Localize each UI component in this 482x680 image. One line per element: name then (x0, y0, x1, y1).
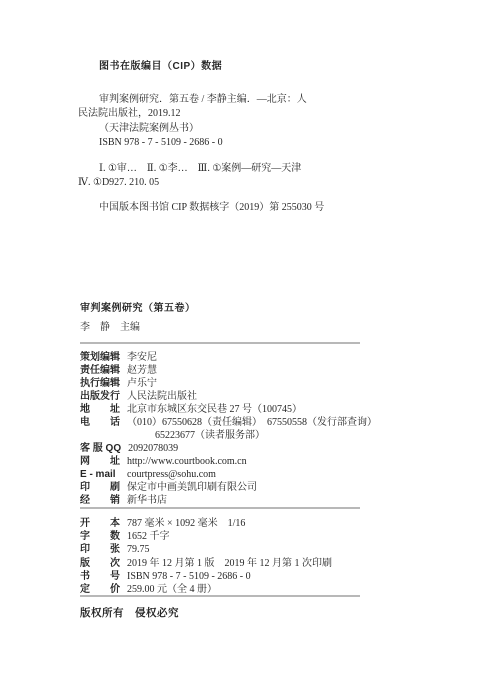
printing-info: 开 本 787 毫米 × 1092 毫米 1/16 字 数 1652 千字 印 … (80, 517, 332, 596)
info-row-value: 李安尼 (127, 351, 157, 364)
cip-line: ISBN 978 - 7 - 5109 - 2686 - 0 (78, 136, 448, 151)
cip-record-number: 中国版本图书馆 CIP 数据核字（2019）第 255030 号 (78, 201, 448, 216)
info-row-value: 2092078039 (128, 442, 178, 455)
cip-line: （天津法院案例丛书） (78, 122, 448, 137)
cip-section: 图书在版编目（CIP）数据 审判案例研究．第五卷 / 李静主编．—北京：人 民法… (78, 60, 448, 215)
info-row-label: E - mail (80, 468, 120, 481)
book-copyright-page: 图书在版编目（CIP）数据 审判案例研究．第五卷 / 李静主编．—北京：人 民法… (0, 0, 482, 680)
info-row-label: 电 话 (80, 416, 120, 429)
info-row: 网 址 http://www.courtbook.com.cn (80, 455, 377, 468)
info-row-label (80, 429, 120, 442)
info-row-label: 印 张 (80, 543, 120, 556)
info-row-value: 卢乐宁 (127, 377, 157, 390)
info-row: 策划编辑 李安尼 (80, 351, 377, 364)
info-row-value: 北京市东城区东交民巷 27 号（100745） (127, 403, 302, 416)
info-row: E - mail courtpress@sohu.com (80, 468, 377, 481)
cip-classification: Ⅰ. ①审… Ⅱ. ①李… Ⅲ. ①案例—研究—天津 Ⅳ. ①D927. 210… (78, 162, 448, 191)
info-row-value: 保定市中画美凯印刷有限公司 (127, 481, 257, 494)
info-row-label: 开 本 (80, 517, 120, 530)
divider-rule (80, 507, 360, 509)
info-row-value: 人民法院出版社 (127, 390, 197, 403)
info-row-value: 787 毫米 × 1092 毫米 1/16 (127, 517, 245, 530)
info-row-label: 字 数 (80, 530, 120, 543)
cip-class-line: Ⅰ. ①审… Ⅱ. ①李… Ⅲ. ①案例—研究—天津 (78, 162, 448, 177)
divider-rule (80, 342, 360, 344)
publication-info: 策划编辑 李安尼 责任编辑 赵芳慧 执行编辑 卢乐宁 出版发行 人民法院出版社 … (80, 351, 377, 507)
cip-line: 审判案例研究．第五卷 / 李静主编．—北京：人 (78, 93, 448, 108)
info-row-value: http://www.courtbook.com.cn (127, 455, 247, 468)
info-row: 执行编辑 卢乐宁 (80, 377, 377, 390)
info-row-value: 1652 千字 (127, 530, 170, 543)
info-row-label: 网 址 (80, 455, 120, 468)
book-editor: 李 静 主编 (80, 321, 196, 334)
info-row: 经 销 新华书店 (80, 494, 377, 507)
info-row: 电 话 （010）67550628（责任编辑） 67550558（发行部查询） (80, 416, 377, 429)
info-row-label: 责任编辑 (80, 364, 120, 377)
info-row: 开 本 787 毫米 × 1092 毫米 1/16 (80, 517, 332, 530)
info-row-value: 2019 年 12 月第 1 版 2019 年 12 月第 1 次印刷 (127, 557, 332, 570)
info-row-value: 赵芳慧 (127, 364, 157, 377)
cip-class-line: Ⅳ. ①D927. 210. 05 (78, 176, 448, 191)
copyright-notice: 版权所有 侵权必究 (80, 605, 179, 620)
info-row-label: 出版发行 (80, 390, 120, 403)
info-row: 客 服 QQ 2092078039 (80, 442, 377, 455)
info-row-value: ISBN 978 - 7 - 5109 - 2686 - 0 (127, 570, 251, 583)
info-row-label: 版 次 (80, 557, 120, 570)
info-row-label: 印 刷 (80, 481, 120, 494)
book-title-section: 审判案例研究（第五卷） 李 静 主编 (80, 302, 196, 334)
book-title: 审判案例研究（第五卷） (80, 302, 196, 315)
info-row: 版 次 2019 年 12 月第 1 版 2019 年 12 月第 1 次印刷 (80, 557, 332, 570)
info-row-value: 79.75 (127, 543, 150, 556)
info-row: 印 张 79.75 (80, 543, 332, 556)
info-row-value: 新华书店 (127, 494, 167, 507)
info-row: 字 数 1652 千字 (80, 530, 332, 543)
info-row-label: 书 号 (80, 570, 120, 583)
info-row: 责任编辑 赵芳慧 (80, 364, 377, 377)
info-row-label: 客 服 QQ (80, 442, 121, 455)
cip-description: 审判案例研究．第五卷 / 李静主编．—北京：人 民法院出版社，2019.12 （… (78, 93, 448, 151)
divider-rule (80, 595, 360, 597)
info-row-value: courtpress@sohu.com (127, 468, 216, 481)
info-row: 书 号 ISBN 978 - 7 - 5109 - 2686 - 0 (80, 570, 332, 583)
info-row: 出版发行 人民法院出版社 (80, 390, 377, 403)
info-row-label: 经 销 (80, 494, 120, 507)
cip-heading: 图书在版编目（CIP）数据 (78, 60, 448, 75)
info-row: 印 刷 保定市中画美凯印刷有限公司 (80, 481, 377, 494)
info-row-continuation: 65223677（读者服务部） (80, 429, 377, 442)
cip-line: 民法院出版社，2019.12 (78, 107, 448, 122)
info-row-label: 策划编辑 (80, 351, 120, 364)
info-row-label: 执行编辑 (80, 377, 120, 390)
info-row-value: 65223677（读者服务部） (127, 429, 265, 442)
info-row-label: 地 址 (80, 403, 120, 416)
info-row: 地 址 北京市东城区东交民巷 27 号（100745） (80, 403, 377, 416)
info-row-value: （010）67550628（责任编辑） 67550558（发行部查询） (127, 416, 377, 429)
